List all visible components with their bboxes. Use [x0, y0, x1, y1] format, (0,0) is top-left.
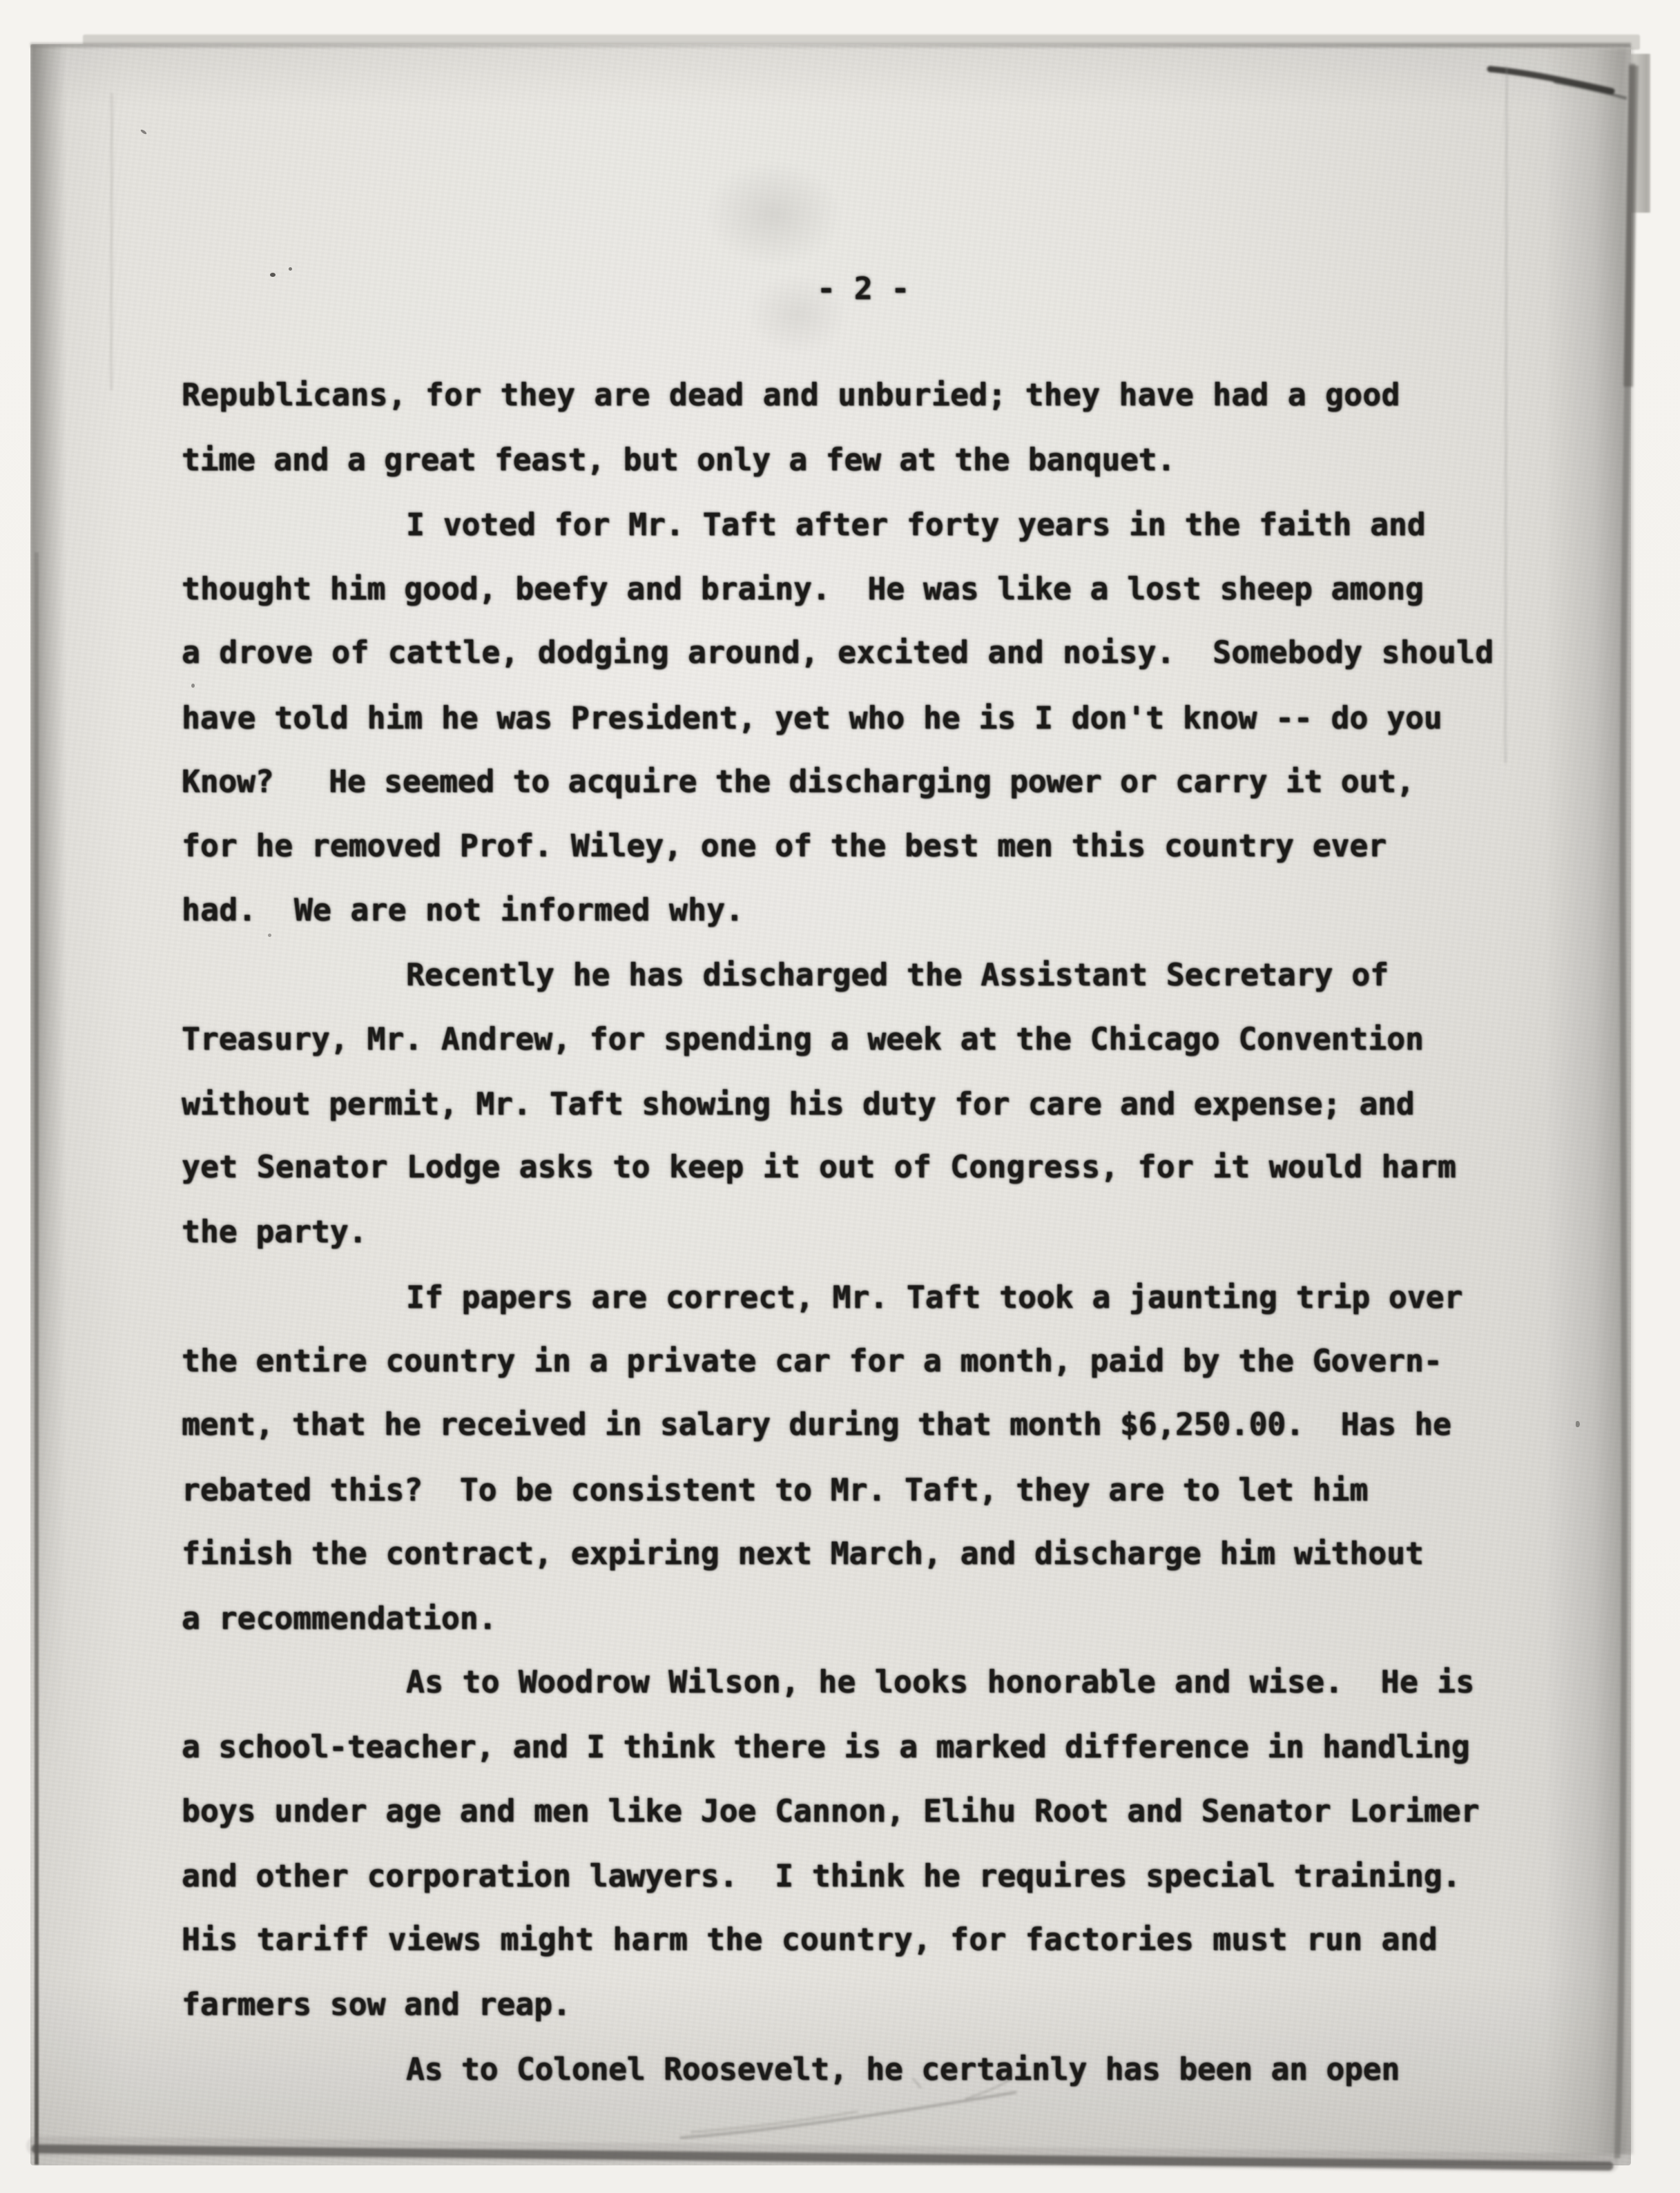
- paper-right-edge-shadow: [1547, 48, 1633, 2154]
- paper-top-edge-line: [30, 43, 1631, 48]
- document-line: a drove of cattle, dodging around, excit…: [182, 621, 1552, 685]
- document-line: the party.: [182, 1200, 1552, 1264]
- document-line: boys under age and men like Joe Cannon, …: [182, 1779, 1552, 1844]
- document-line: Treasury, Mr. Andrew, for spending a wee…: [182, 1007, 1552, 1072]
- ink-speck: [191, 684, 195, 688]
- document-line: yet Senator Lodge asks to keep it out of…: [182, 1135, 1552, 1199]
- paper-left-edge-line: [35, 552, 39, 2165]
- document-line: had. We are not informed why.: [182, 878, 1552, 943]
- ink-speck: [1576, 1421, 1580, 1427]
- document-line: and other corporation lawyers. I think h…: [182, 1844, 1552, 1909]
- document-line: thought him good, beefy and brainy. He w…: [182, 557, 1552, 621]
- document-line: finish the contract, expiring next March…: [182, 1522, 1552, 1586]
- document-line: time and a great feast, but only a few a…: [182, 428, 1552, 492]
- page-number: - 2 -: [817, 268, 909, 309]
- ink-speck: [268, 934, 271, 937]
- document-line: If papers are correct, Mr. Taft took a j…: [182, 1266, 1552, 1330]
- document-line: without permit, Mr. Taft showing his dut…: [182, 1072, 1552, 1137]
- document-line: I voted for Mr. Taft after forty years i…: [182, 493, 1552, 557]
- document-line: the entire country in a private car for …: [182, 1329, 1552, 1393]
- document-line: Know? He seemed to acquire the dischargi…: [182, 750, 1552, 814]
- document-line: for he removed Prof. Wiley, one of the b…: [182, 814, 1552, 878]
- document-line: rebated this? To be consistent to Mr. Ta…: [182, 1458, 1552, 1523]
- document-line: As to Woodrow Wilson, he looks honorable…: [182, 1650, 1552, 1714]
- document-line: As to Colonel Roosevelt, he certainly ha…: [182, 2038, 1552, 2102]
- document-line: a school-teacher, and I think there is a…: [182, 1715, 1552, 1779]
- document-line: Recently he has discharged the Assistant…: [182, 943, 1552, 1007]
- document-line: have told him he was President, yet who …: [182, 686, 1552, 751]
- document-line: farmers sow and reap.: [182, 1973, 1552, 2037]
- ink-speck: [289, 267, 292, 271]
- scanned-document-page: - 2 - Republicans, for they are dead and…: [0, 0, 1680, 2193]
- ink-speck: [270, 273, 276, 277]
- document-line: a recommendation.: [182, 1587, 1552, 1651]
- document-line: Republicans, for they are dead and unbur…: [182, 363, 1552, 427]
- document-line: His tariff views might harm the country,…: [182, 1908, 1552, 1972]
- document-line: ment, that he received in salary during …: [182, 1393, 1552, 1457]
- document-text-block: Republicans, for they are dead and unbur…: [182, 364, 1552, 2101]
